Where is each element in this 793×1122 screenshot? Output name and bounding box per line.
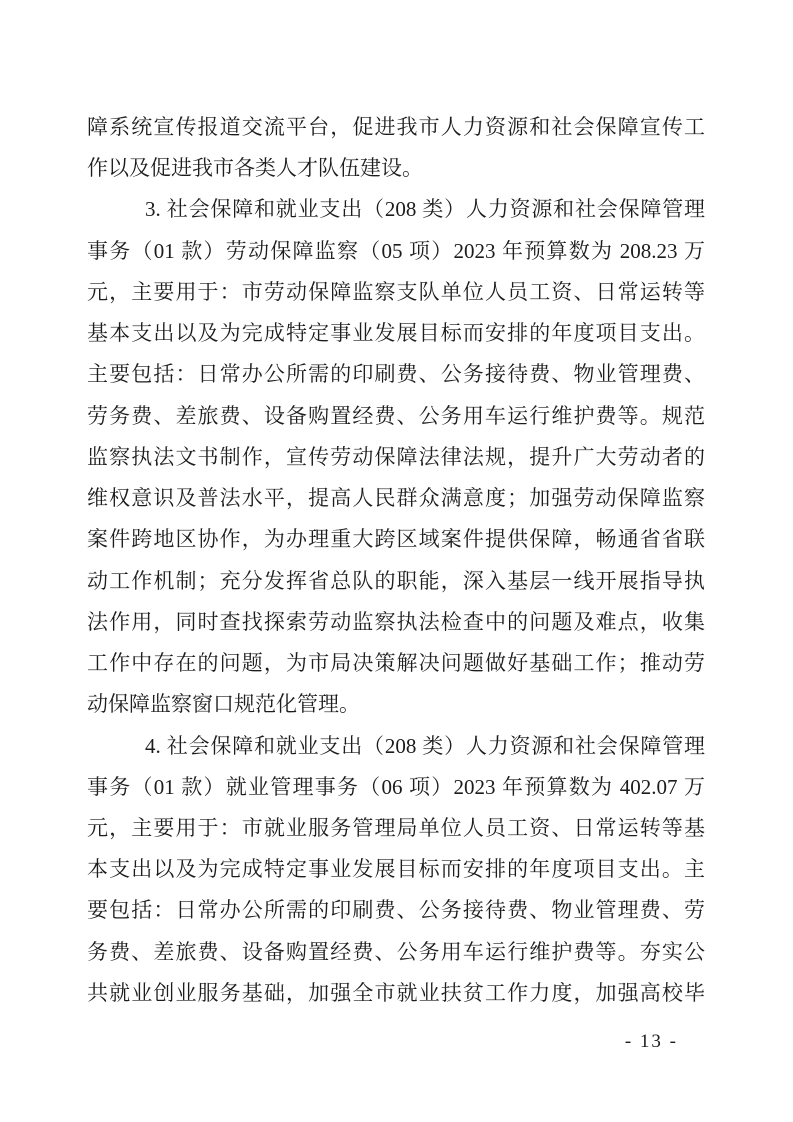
text-line: 事务（01 款）劳动保障监察（05 项）2023 年预算数为 208.23 万: [87, 231, 705, 272]
paragraph-item-3: 3. 社会保障和就业支出（208 类）人力资源和社会保障管理事务（01 款）劳动…: [87, 189, 705, 725]
paragraph-continuation: 障系统宣传报道交流平台，促进我市人力资源和社会保障宣传工作以及促进我市各类人才队…: [87, 107, 705, 189]
text-line: 本支出以及为完成特定事业发展目标而安排的年度项目支出。主: [87, 849, 705, 890]
document-page: 障系统宣传报道交流平台，促进我市人力资源和社会保障宣传工作以及促进我市各类人才队…: [0, 0, 793, 1122]
text-line: 劳务费、差旅费、设备购置经费、公务用车运行维护费等。规范: [87, 396, 705, 437]
text-line: 法作用，同时查找探索劳动监察执法检查中的问题及难点，收集: [87, 602, 705, 643]
text-line: 案件跨地区协作，为办理重大跨区域案件提供保障，畅通省省联: [87, 519, 705, 560]
paragraph-item-4: 4. 社会保障和就业支出（208 类）人力资源和社会保障管理事务（01 款）就业…: [87, 726, 705, 1015]
text-line: 元，主要用于：市就业服务管理局单位人员工资、日常运转等基: [87, 808, 705, 849]
text-line: 务费、差旅费、设备购置经费、公务用车运行维护费等。夯实公: [87, 932, 705, 973]
text-line: 事务（01 款）就业管理事务（06 项）2023 年预算数为 402.07 万: [87, 767, 705, 808]
page-number: - 13 -: [625, 1031, 678, 1053]
text-line: 障系统宣传报道交流平台，促进我市人力资源和社会保障宣传工: [87, 107, 705, 148]
text-line: 工作中存在的问题，为市局决策解决问题做好基础工作；推动劳: [87, 643, 705, 684]
text-line: 3. 社会保障和就业支出（208 类）人力资源和社会保障管理: [87, 189, 705, 230]
text-line: 要包括：日常办公所需的印刷费、公务接待费、物业管理费、劳: [87, 890, 705, 931]
text-line: 动工作机制；充分发挥省总队的职能，深入基层一线开展指导执: [87, 561, 705, 602]
document-body: 障系统宣传报道交流平台，促进我市人力资源和社会保障宣传工作以及促进我市各类人才队…: [87, 107, 705, 1014]
text-line: 主要包括：日常办公所需的印刷费、公务接待费、物业管理费、: [87, 354, 705, 395]
text-line: 监察执法文书制作，宣传劳动保障法律法规，提升广大劳动者的: [87, 437, 705, 478]
text-line: 动保障监察窗口规范化管理。: [87, 684, 705, 725]
text-line: 作以及促进我市各类人才队伍建设。: [87, 148, 705, 189]
text-line: 基本支出以及为完成特定事业发展目标而安排的年度项目支出。: [87, 313, 705, 354]
text-line: 维权意识及普法水平，提高人民群众满意度；加强劳动保障监察: [87, 478, 705, 519]
text-line: 元，主要用于：市劳动保障监察支队单位人员工资、日常运转等: [87, 272, 705, 313]
text-line: 4. 社会保障和就业支出（208 类）人力资源和社会保障管理: [87, 726, 705, 767]
text-line: 共就业创业服务基础，加强全市就业扶贫工作力度，加强高校毕: [87, 973, 705, 1014]
